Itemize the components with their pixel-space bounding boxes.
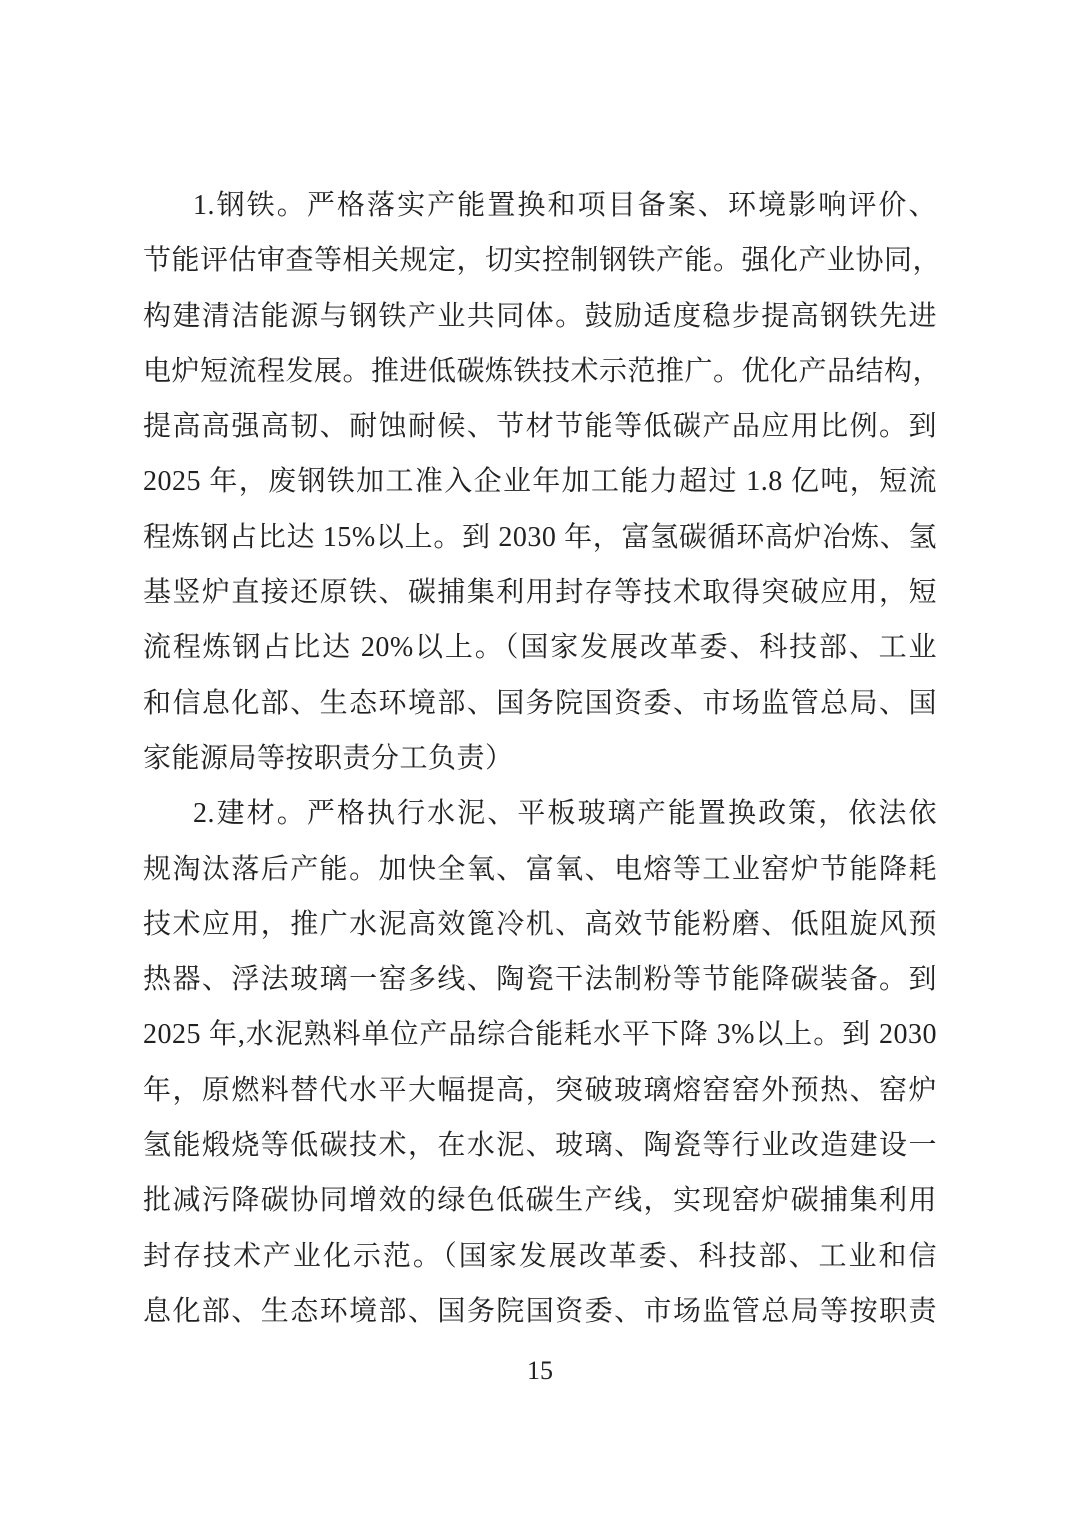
text-line: 和信息化部、生态环境部、国务院国资委、市场监管总局、国 <box>143 676 937 731</box>
text-line: 年，原燃料替代水平大幅提高，突破玻璃熔窑窑外预热、窑炉 <box>143 1063 937 1118</box>
document-page: 1.钢铁。严格落实产能置换和项目备案、环境影响评价、 节能评估审查等相关规定，切… <box>0 0 1080 1527</box>
text-line: 流程炼钢占比达 20%以上。（国家发展改革委、科技部、工业 <box>143 620 937 675</box>
text-line: 节能评估审查等相关规定，切实控制钢铁产能。强化产业协同， <box>143 233 937 288</box>
text-line: 技术应用，推广水泥高效篦冷机、高效节能粉磨、低阻旋风预 <box>143 897 937 952</box>
page-number: 15 <box>0 1356 1080 1386</box>
text-line: 2025 年，废钢铁加工准入企业年加工能力超过 1.8 亿吨，短流 <box>143 454 937 509</box>
text-line: 基竖炉直接还原铁、碳捕集利用封存等技术取得突破应用，短 <box>143 565 937 620</box>
text-line: 氢能煅烧等低碳技术，在水泥、玻璃、陶瓷等行业改造建设一 <box>143 1118 937 1173</box>
text-line: 构建清洁能源与钢铁产业共同体。鼓励适度稳步提高钢铁先进 <box>143 289 937 344</box>
text-line: 2025 年,水泥熟料单位产品综合能耗水平下降 3%以上。到 2030 <box>143 1007 937 1062</box>
text-line: 息化部、生态环境部、国务院国资委、市场监管总局等按职责 <box>143 1284 937 1339</box>
paragraph-building-materials: 2.建材。严格执行水泥、平板玻璃产能置换政策，依法依 规淘汰落后产能。加快全氧、… <box>143 786 937 1339</box>
text-line: 批减污降碳协同增效的绿色低碳生产线，实现窑炉碳捕集利用 <box>143 1173 937 1228</box>
document-body: 1.钢铁。严格落实产能置换和项目备案、环境影响评价、 节能评估审查等相关规定，切… <box>143 178 937 1339</box>
text-line: 1.钢铁。严格落实产能置换和项目备案、环境影响评价、 <box>143 178 937 233</box>
text-line: 热器、浮法玻璃一窑多线、陶瓷干法制粉等节能降碳装备。到 <box>143 952 937 1007</box>
text-line: 规淘汰落后产能。加快全氧、富氧、电熔等工业窑炉节能降耗 <box>143 842 937 897</box>
text-line: 家能源局等按职责分工负责） <box>143 731 937 786</box>
text-line: 2.建材。严格执行水泥、平板玻璃产能置换政策，依法依 <box>143 786 937 841</box>
text-line: 程炼钢占比达 15%以上。到 2030 年，富氢碳循环高炉冶炼、氢 <box>143 510 937 565</box>
text-line: 封存技术产业化示范。（国家发展改革委、科技部、工业和信 <box>143 1229 937 1284</box>
text-line: 电炉短流程发展。推进低碳炼铁技术示范推广。优化产品结构， <box>143 344 937 399</box>
paragraph-steel: 1.钢铁。严格落实产能置换和项目备案、环境影响评价、 节能评估审查等相关规定，切… <box>143 178 937 786</box>
text-line: 提高高强高韧、耐蚀耐候、节材节能等低碳产品应用比例。到 <box>143 399 937 454</box>
